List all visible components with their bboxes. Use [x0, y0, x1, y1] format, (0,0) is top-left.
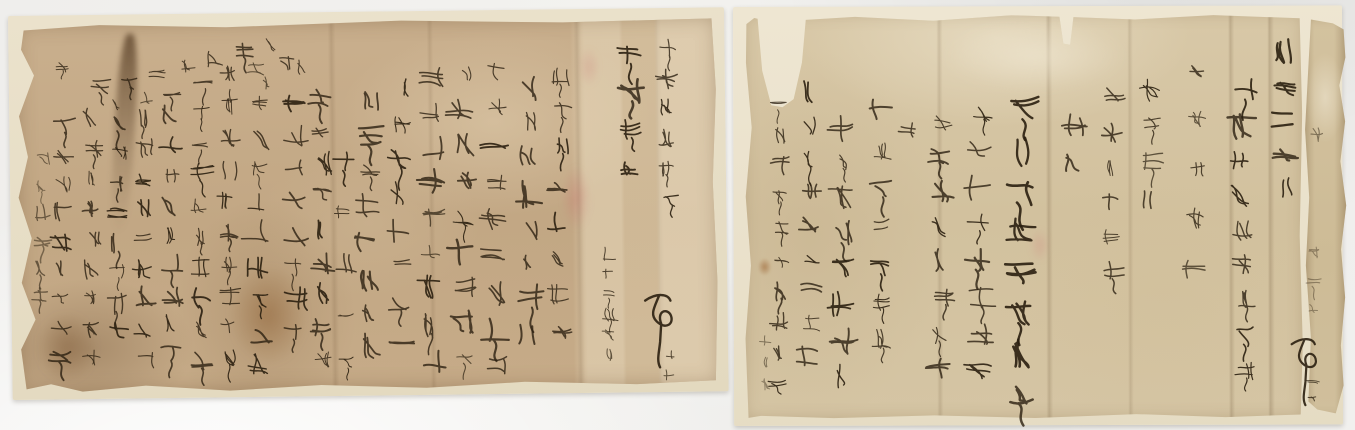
photo-backdrop: [0, 0, 1355, 430]
brown-stain: [36, 312, 97, 383]
left-salutation-column: [650, 30, 690, 235]
pink-smudge-stain: [561, 165, 592, 231]
left-signature-flourish: [640, 290, 692, 390]
right-signature-flourish: [1288, 332, 1332, 422]
left-addressee-column: [612, 34, 648, 224]
right-letter-paper: [743, 13, 1304, 420]
pink-smudge-stain: [577, 46, 599, 86]
right-addressee-column: [1265, 32, 1305, 217]
burn-streak-stain: [109, 33, 140, 234]
pink-smudge-stain: [1029, 228, 1049, 262]
rust-stain: [758, 257, 772, 275]
brown-stain: [229, 265, 308, 366]
right-letter-backing-sheet: [733, 5, 1343, 426]
worn-pale-patch: [945, 21, 1125, 91]
left-inner-address-column: [597, 238, 625, 388]
